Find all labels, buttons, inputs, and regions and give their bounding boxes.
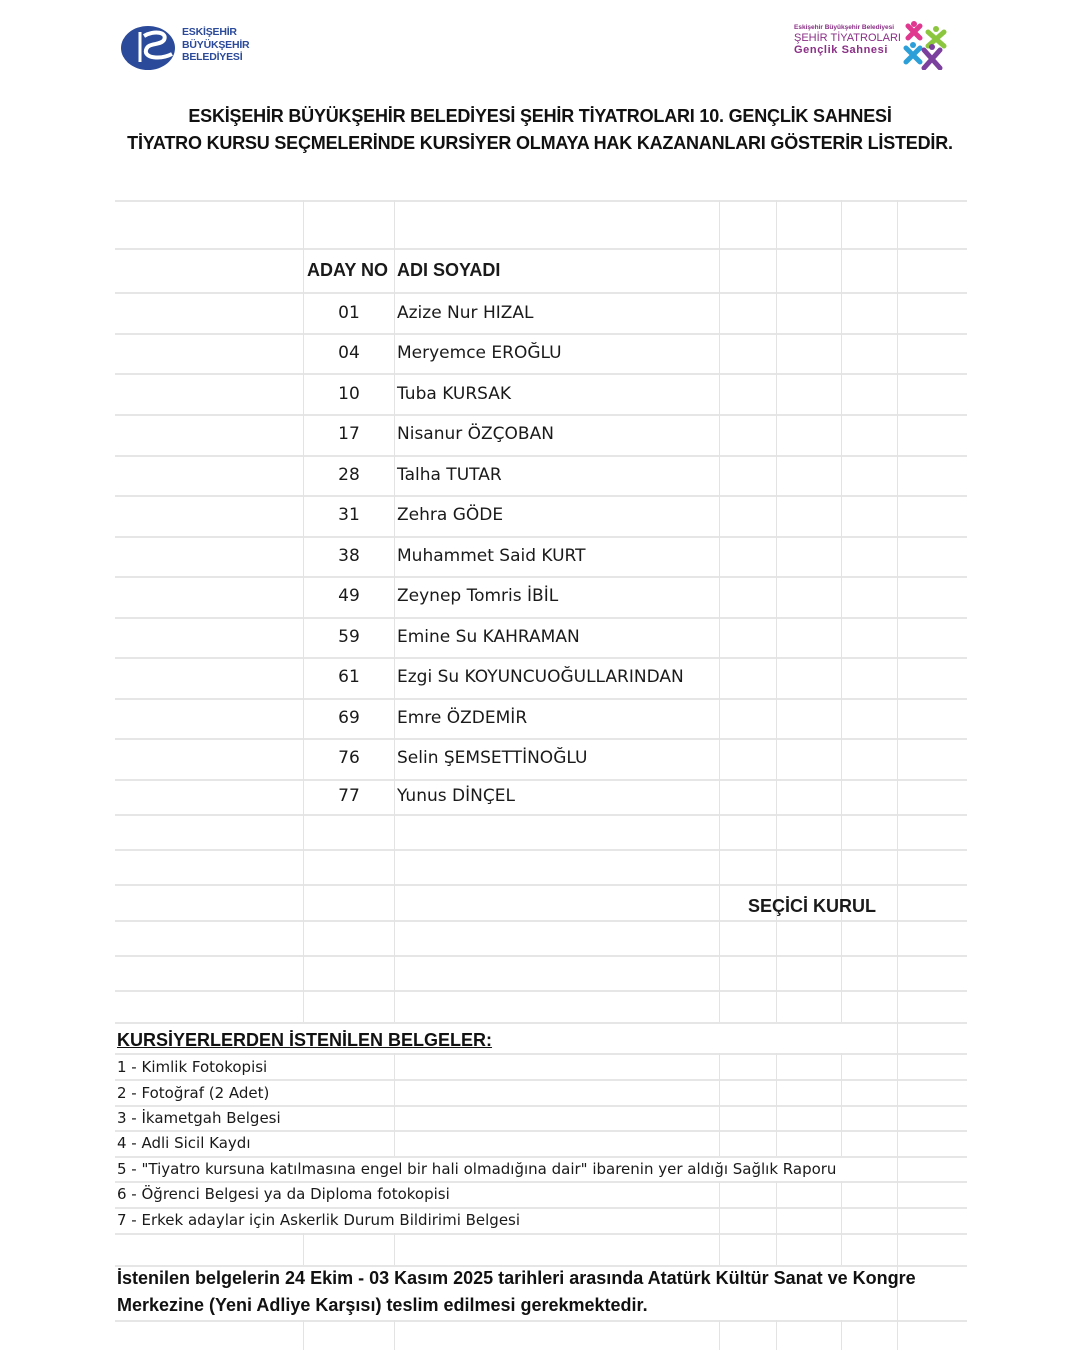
dancing-figures-logo-icon [902,20,948,70]
grid-column-line [303,1233,304,1265]
theatre-logo-line3: Gençlik Sahnesi [794,44,901,56]
grid-row-line [115,373,967,375]
grid-column-line [776,1320,777,1350]
grid-row-line [115,1207,967,1209]
candidate-number: 28 [304,465,394,485]
candidate-name: Nisanur ÖZÇOBAN [397,424,554,444]
grid-row-line [115,698,967,700]
candidate-name: Zeynep Tomris İBİL [397,586,558,606]
grid-row-line [115,200,967,202]
document-item: 7 - Erkek adaylar için Askerlik Durum Bi… [117,1211,520,1229]
candidate-number: 31 [304,505,394,525]
grid-row-line [115,849,967,851]
grid-row-line [115,920,967,922]
grid-column-line [841,1053,842,1156]
candidate-number: 69 [304,708,394,728]
theatre-logo-line2: ŞEHİR TİYATROLARI [794,32,901,44]
grid-row-line [115,617,967,619]
grid-row-line [115,333,967,335]
candidate-name: Muhammet Said KURT [397,546,586,566]
logo-text-line2: BÜYÜKŞEHİR [182,39,249,52]
grid-row-line [115,1181,967,1183]
candidate-name: Meryemce EROĞLU [397,343,562,363]
grid-row-line [115,414,967,416]
grid-column-line [719,1320,720,1350]
candidate-number: 04 [304,343,394,363]
grid-row-line [115,576,967,578]
grid-column-line [394,1320,395,1350]
document-item: 2 - Fotoğraf (2 Adet) [117,1084,269,1102]
candidate-number: 77 [304,786,394,806]
grid-column-line [719,1053,720,1156]
candidate-name: Emre ÖZDEMİR [397,708,527,728]
candidate-number: 59 [304,627,394,647]
logo-text-line1: ESKİŞEHİR [182,26,249,39]
municipality-logo: ESKİŞEHİR BÜYÜKŞEHİR BELEDİYESİ [120,22,260,74]
page-title-line2: TİYATRO KURSU SEÇMELERİNDE KURSİYER OLMA… [0,133,1080,154]
grid-column-line [394,1233,395,1265]
grid-row-line [115,495,967,497]
candidate-name: Emine Su KAHRAMAN [397,627,580,647]
grid-row-line [115,884,967,886]
grid-row-line [115,990,967,992]
grid-column-line [841,1320,842,1350]
candidate-name: Talha TUTAR [397,465,502,485]
grid-row-line [115,814,967,816]
grid-column-line [776,1181,777,1265]
document-item: 6 - Öğrenci Belgesi ya da Diploma fotoko… [117,1185,450,1203]
grid-column-line [719,200,720,1022]
grid-row-line [115,1156,967,1158]
eskisehir-e-logo-icon [120,22,178,72]
theatre-logo-line1: Eskişehir Büyükşehir Belediyesi [794,23,901,32]
grid-row-line [115,738,967,740]
logo-text-line3: BELEDİYESİ [182,51,249,64]
grid-column-line [897,1022,898,1350]
candidate-name: Azize Nur HIZAL [397,303,534,323]
grid-row-line [115,1320,967,1322]
document-item: 4 - Adli Sicil Kaydı [117,1134,250,1152]
candidate-name: Zehra GÖDE [397,505,503,525]
document-item: 5 - "Tiyatro kursuna katılmasına engel b… [117,1160,836,1178]
submission-note-line1: İstenilen belgelerin 24 Ekim - 03 Kasım … [117,1268,916,1289]
grid-column-line [303,1320,304,1350]
candidate-number: 76 [304,748,394,768]
grid-column-line [841,1181,842,1265]
grid-column-line [719,1181,720,1265]
candidate-number: 01 [304,303,394,323]
column-header-adi-soyadi: ADI SOYADI [397,260,500,281]
grid-row-line [115,455,967,457]
grid-row-line [115,657,967,659]
candidate-number: 49 [304,586,394,606]
candidate-name: Ezgi Su KOYUNCUOĞULLARINDAN [397,667,684,687]
grid-row-line [115,1233,967,1235]
grid-column-line [897,200,898,1022]
selection-committee-signature: SEÇİCİ KURUL [748,896,876,917]
candidate-name: Yunus DİNÇEL [397,786,515,806]
candidate-number: 17 [304,424,394,444]
grid-column-line [394,200,395,1022]
column-header-aday-no: ADAY NO [307,260,388,281]
candidate-name: Tuba KURSAK [397,384,511,404]
grid-column-line [776,1053,777,1156]
candidate-number: 38 [304,546,394,566]
grid-column-line [394,1053,395,1156]
candidate-name: Selin ŞEMSETTİNOĞLU [397,748,587,768]
candidate-number: 61 [304,667,394,687]
candidate-number: 10 [304,384,394,404]
grid-row-line [115,779,967,781]
grid-row-line [115,955,967,957]
grid-row-line [115,292,967,294]
theatre-logo: Eskişehir Büyükşehir Belediyesi ŞEHİR Tİ… [794,20,954,72]
grid-row-line [115,1053,967,1055]
grid-row-line [115,536,967,538]
grid-row-line [115,1105,967,1107]
grid-column-line [303,200,304,1022]
grid-row-line [115,1265,967,1267]
submission-note-line2: Merkezine (Yeni Adliye Karşısı) teslim e… [117,1295,648,1316]
document-item: 3 - İkametgah Belgesi [117,1109,281,1127]
grid-row-line [115,1079,967,1081]
grid-row-line [115,1022,967,1024]
page-title-line1: ESKİŞEHİR BÜYÜKŞEHİR BELEDİYESİ ŞEHİR Tİ… [0,106,1080,127]
documents-heading: KURSİYERLERDEN İSTENİLEN BELGELER: [117,1030,492,1051]
document-item: 1 - Kimlik Fotokopisi [117,1058,267,1076]
grid-row-line [115,1130,967,1132]
grid-row-line [115,248,967,250]
